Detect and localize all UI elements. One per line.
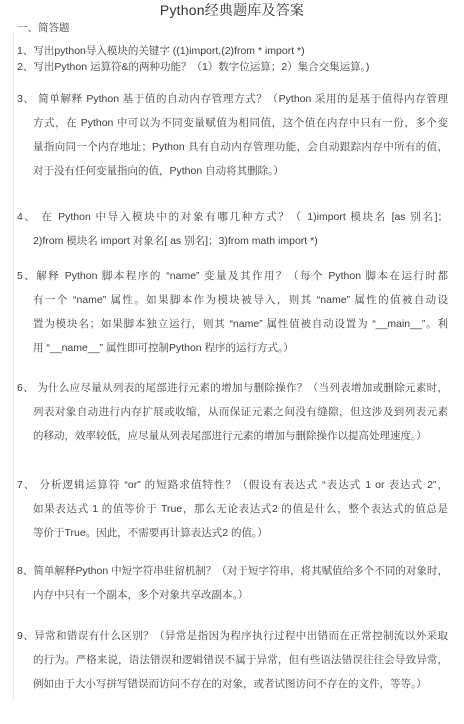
question-2: 2、写出Python 运算符&的两种功能？（1）数字位运算；2）集合交集运算。) [0, 59, 448, 75]
question-line: 4、 在 Python 中导入模块中的对象有哪几种方式？（ 1)import 模… [0, 205, 448, 229]
document-title: Python经典题库及答案 [0, 0, 464, 20]
question-text: 写出python导入模块的关键字 ((1)import,(2)from * im… [33, 45, 304, 57]
question-line: 列表对象自动进行内存扩展或收缩，从而保证元素之间没有缝隙，但这涉及到列表元素 [0, 400, 448, 424]
question-line: 用 “__name__” 属性即可控制Python 程序的运行方式。） [0, 336, 448, 360]
question-line: 6、 为什么应尽量从列表的尾部进行元素的增加与删除操作？（当列表增加或删除元素时… [0, 376, 448, 400]
question-text: 为什么应尽量从列表的尾部进行元素的增加与删除操作？（当列表增加或删除元素时， [34, 382, 448, 394]
question-text: 解释 Python 脚本程序的 “name” 变量及其作用？（每个 Python… [36, 270, 448, 282]
question-line: 3、 简单解释 Python 基于值的自动内存管理方式？（Python 采用的是… [0, 87, 448, 111]
question-3: 3、 简单解释 Python 基于值的自动内存管理方式？（Python 采用的是… [0, 87, 448, 183]
question-line: 例如由于大小写拼写错误而访问不存在的对象，或者试图访问不存在的文件，等等。） [0, 672, 448, 696]
question-line: 量指向同一个内存地址；Python 具有自动内存管理功能，会自动跟踪内存中所有的… [0, 135, 448, 159]
question-line: 等价于True。因此，不需要再计算表达式2 的值。） [0, 521, 448, 545]
question-8: 8、简单解释Python 中短字符串驻留机制？（对于短字符串，将其赋值给多个不同… [0, 559, 448, 607]
question-number: 4、 [17, 211, 37, 223]
question-text: 简单解释Python 中短字符串驻留机制？（对于短字符串，将其赋值给多个不同的对… [33, 565, 448, 577]
question-line: 的行为。严格来说，语法错误和逻辑错误不属于异常，但有些语法错误往往会导致异常， [0, 648, 448, 672]
question-line: 2)from 模块名 import 对象名[ as 别名]；3)from mat… [0, 229, 448, 253]
question-number: 5、 [17, 270, 36, 282]
question-line: 2、写出Python 运算符&的两种功能？（1）数字位运算；2）集合交集运算。) [0, 59, 448, 75]
question-line: 有一个 “name” 属性。如果脚本作为模块被导入，则其 “name” 属性的值… [0, 288, 448, 312]
question-line: 置为模块名；如果脚本独立运行，则其 “name” 属性值被自动设置为 “__ma… [0, 312, 448, 336]
question-9: 9、异常和错误有什么区别？（异常是指因为程序执行过程中出错而在正常控制流以外采取… [0, 624, 448, 696]
question-text: 分析逻辑运算符 “or” 的短路求值特性？（假设有表达式 “表达式 1 or 表… [35, 479, 448, 491]
question-line: 8、简单解释Python 中短字符串驻留机制？（对于短字符串，将其赋值给多个不同… [0, 559, 448, 583]
question-line: 如果表达式 1 的值等价于 True，那么无论表达式2 的值是什么，整个表达式的… [0, 497, 448, 521]
question-number: 6、 [17, 382, 34, 394]
question-number: 8、 [17, 565, 33, 577]
question-number: 2、 [17, 61, 33, 73]
document-page: Python经典题库及答案 一、简答题 1、写出python导入模块的关键字 (… [0, 0, 464, 724]
question-number: 3、 [17, 93, 35, 105]
question-line: 9、异常和错误有什么区别？（异常是指因为程序执行过程中出错而在正常控制流以外采取 [0, 624, 448, 648]
question-number: 9、 [17, 630, 34, 642]
question-4: 4、 在 Python 中导入模块中的对象有哪几种方式？（ 1)import 模… [0, 205, 448, 253]
question-number: 7、 [17, 479, 35, 491]
question-line: 方式，在 Python 中可以为不同变量赋值为相同值，这个值在内存中只有一份，多… [0, 111, 448, 135]
question-line: 对于没有任何变量指向的值，Python 自动将其删除。） [0, 159, 448, 183]
question-5: 5、解释 Python 脚本程序的 “name” 变量及其作用？（每个 Pyth… [0, 264, 448, 360]
question-text: 异常和错误有什么区别？（异常是指因为程序执行过程中出错而在正常控制流以外采取 [34, 630, 448, 642]
question-number: 1、 [17, 45, 33, 57]
question-line: 5、解释 Python 脚本程序的 “name” 变量及其作用？（每个 Pyth… [0, 264, 448, 288]
question-6: 6、 为什么应尽量从列表的尾部进行元素的增加与删除操作？（当列表增加或删除元素时… [0, 376, 448, 448]
question-line: 内存中只有一个副本，多个对象共享改副本。） [0, 583, 448, 607]
question-line: 7、 分析逻辑运算符 “or” 的短路求值特性？（假设有表达式 “表达式 1 o… [0, 473, 448, 497]
question-7: 7、 分析逻辑运算符 “or” 的短路求值特性？（假设有表达式 “表达式 1 o… [0, 473, 448, 545]
question-line: 1、写出python导入模块的关键字 ((1)import,(2)from * … [0, 43, 448, 59]
question-line: 的移动，效率较低，应尽量从列表尾部进行元素的增加与删除操作以提高处理速度。） [0, 424, 448, 448]
question-text: 在 Python 中导入模块中的对象有哪几种方式？（ 1)import 模块名 … [37, 211, 448, 223]
question-text: 写出Python 运算符&的两种功能？（1）数字位运算；2）集合交集运算。) [33, 61, 369, 73]
section-heading: 一、简答题 [17, 20, 70, 36]
question-1: 1、写出python导入模块的关键字 ((1)import,(2)from * … [0, 43, 448, 59]
question-text: 简单解释 Python 基于值的自动内存管理方式？（Python 采用的是基于值… [35, 93, 448, 105]
